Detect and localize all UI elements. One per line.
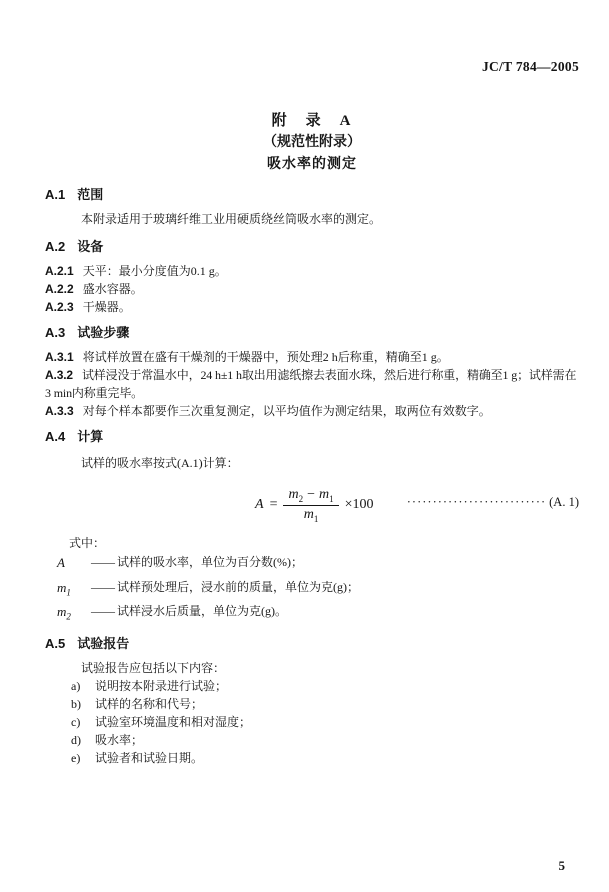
formula: A = m2−m1 m1 ×100 — [255, 482, 374, 528]
where-term-description: 试样浸水后质量，单位为克(g)。 — [117, 602, 287, 627]
section-number: A.5 — [45, 636, 65, 651]
where-term-symbol: m2 — [57, 602, 91, 627]
report-item-marker: c) — [71, 713, 95, 731]
appendix-title: 附 录 A — [45, 110, 579, 132]
where-term-symbol: A — [57, 553, 91, 578]
formula-row: A = m2−m1 m1 ×100 ······················… — [45, 482, 579, 528]
clause-row: A.2.3干燥器。 — [45, 298, 579, 316]
where-term-dash: —— — [91, 578, 115, 603]
equation-reference: ···························(A. 1) — [407, 495, 579, 510]
report-item-text: 说明按本附录进行试验； — [95, 677, 227, 695]
symbol-subscript: 2 — [66, 612, 71, 622]
clause-text: 对每个样本都要作三次重复测定，以平均值作为测定结果，取两位有效数字。 — [83, 404, 491, 418]
clause-text: 盛水容器。 — [83, 282, 143, 296]
standard-code: JC/T 784—2005 — [45, 58, 579, 76]
where-term-dash: —— — [91, 553, 115, 578]
clause-number: A.3.1 — [45, 350, 74, 364]
symbol-letter: m — [57, 580, 66, 595]
report-item-text: 试验者和试验日期。 — [95, 749, 203, 767]
clause-text: 干燥器。 — [83, 300, 131, 314]
clause-text: 天平：最小分度值为0.1 g。 — [83, 264, 227, 278]
appendix-title-block: 附 录 A （规范性附录） 吸水率的测定 — [45, 110, 579, 176]
numerator-term-m2: m — [288, 487, 298, 502]
section-number: A.2 — [45, 239, 65, 254]
equals-sign: = — [270, 497, 278, 513]
section-title: 试验步骤 — [77, 325, 129, 340]
report-item: c)试验室环境温度和相对湿度； — [45, 713, 579, 731]
clause-row: A.3.3对每个样本都要作三次重复测定，以平均值作为测定结果，取两位有效数字。 — [45, 402, 579, 420]
clause-number: A.2.1 — [45, 264, 74, 278]
formula-intro: 试样的吸水率按式(A.1)计算： — [45, 454, 579, 472]
symbol-letter: A — [57, 555, 65, 570]
clause-text: 试样浸没于常温水中，24 h±1 h取出用滤纸擦去表面水珠，然后进行称重，精确至… — [45, 368, 576, 400]
numerator-sub-2: 2 — [299, 494, 304, 504]
report-item: e)试验者和试验日期。 — [45, 749, 579, 767]
clause-row: A.3.1将试样放置在盛有干燥剂的干燥器中，预处理2 h后称重，精确至1 g。 — [45, 348, 579, 366]
report-item: d)吸水率； — [45, 731, 579, 749]
report-item-text: 试验室环境温度和相对湿度； — [95, 713, 251, 731]
section-a1-body: 本附录适用于玻璃纤维工业用硬质绕丝筒吸水率的测定。 — [45, 210, 579, 228]
clause-text: 将试样放置在盛有干燥剂的干燥器中，预处理2 h后称重，精确至1 g。 — [83, 350, 449, 364]
where-intro: 式中： — [45, 534, 579, 553]
where-term-row: A——试样的吸水率，单位为百分数(%)； — [45, 553, 579, 578]
section-title: 计算 — [77, 429, 103, 444]
section-a4-heading: A.4计算 — [45, 428, 579, 446]
where-term-dash: —— — [91, 602, 115, 627]
report-item: a)说明按本附录进行试验； — [45, 677, 579, 695]
report-item-marker: b) — [71, 695, 95, 713]
report-intro: 试验报告应包括以下内容： — [45, 659, 579, 677]
minus-sign: − — [307, 487, 315, 502]
symbol-subscript: 1 — [66, 587, 71, 597]
section-a2-heading: A.2设备 — [45, 238, 579, 256]
clause-row: A.2.2盛水容器。 — [45, 280, 579, 298]
fraction-denominator: m1 — [283, 506, 338, 524]
section-number: A.3 — [45, 325, 65, 340]
where-term-row: m2——试样浸水后质量，单位为克(g)。 — [45, 602, 579, 627]
section-a3-heading: A.3试验步骤 — [45, 324, 579, 342]
section-number: A.4 — [45, 429, 65, 444]
section-title: 设备 — [77, 239, 103, 254]
where-term-symbol: m1 — [57, 578, 91, 603]
report-item-marker: d) — [71, 731, 95, 749]
clause-number: A.3.2 — [45, 368, 73, 382]
fraction-numerator: m2−m1 — [283, 487, 338, 506]
report-item-text: 试样的名称和代号； — [95, 695, 203, 713]
page-number: 5 — [559, 858, 566, 874]
appendix-subtitle: （规范性附录） — [45, 132, 579, 154]
report-item: b)试样的名称和代号； — [45, 695, 579, 713]
denominator-sub-1: 1 — [314, 513, 319, 523]
section-number: A.1 — [45, 187, 65, 202]
report-item-text: 吸水率； — [95, 731, 143, 749]
where-term-description: 试样的吸水率，单位为百分数(%)； — [117, 553, 303, 578]
numerator-term-m1: m — [319, 487, 329, 502]
where-term-description: 试样预处理后，浸水前的质量，单位为克(g)； — [117, 578, 359, 603]
document-page: JC/T 784—2005 附 录 A （规范性附录） 吸水率的测定 A.1范围… — [0, 0, 609, 892]
section-a1-heading: A.1范围 — [45, 186, 579, 204]
clause-number: A.3.3 — [45, 404, 74, 418]
equation-leader-dots: ··························· — [407, 495, 546, 509]
section-title: 范围 — [77, 187, 103, 202]
report-item-marker: a) — [71, 677, 95, 695]
clause-number: A.2.2 — [45, 282, 74, 296]
clause-number: A.2.3 — [45, 300, 74, 314]
where-term-row: m1——试样预处理后，浸水前的质量，单位为克(g)； — [45, 578, 579, 603]
clause-row: A.3.2试样浸没于常温水中，24 h±1 h取出用滤纸擦去表面水珠，然后进行称… — [45, 366, 579, 402]
numerator-sub-1: 1 — [329, 494, 334, 504]
denominator-term-m1: m — [304, 507, 314, 522]
section-a5-heading: A.5试验报告 — [45, 635, 579, 653]
section-title: 试验报告 — [77, 636, 129, 651]
formula-variable: A — [255, 497, 264, 513]
page-content: JC/T 784—2005 附 录 A （规范性附录） 吸水率的测定 A.1范围… — [0, 0, 609, 767]
appendix-heading: 吸水率的测定 — [45, 154, 579, 176]
report-item-marker: e) — [71, 749, 95, 767]
equation-number: (A. 1) — [549, 495, 579, 509]
fraction: m2−m1 m1 — [283, 487, 338, 524]
symbol-letter: m — [57, 604, 66, 619]
clause-row: A.2.1天平：最小分度值为0.1 g。 — [45, 262, 579, 280]
multiplier: ×100 — [345, 497, 374, 513]
